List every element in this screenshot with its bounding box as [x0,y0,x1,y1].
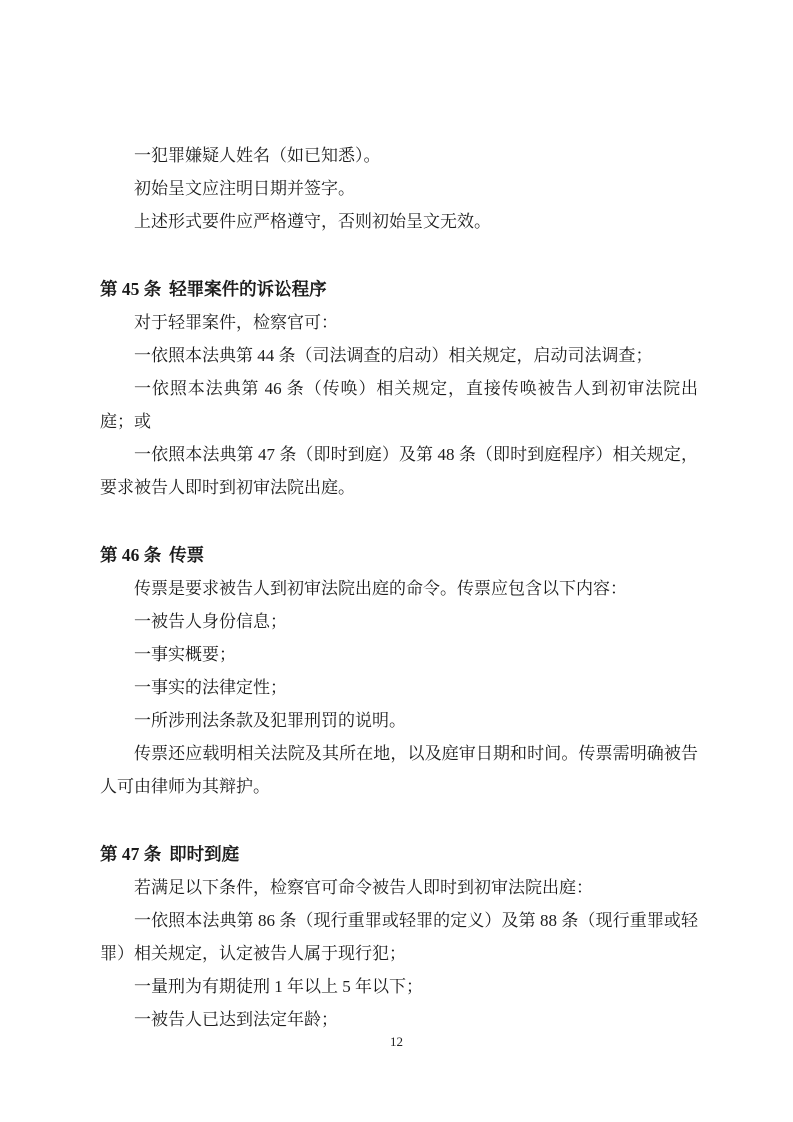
list-item-dash: 一量刑为有期徒刑 1 年以上 5 年以下； [100,970,698,1003]
section-title: 轻罪案件的诉讼程序 [169,279,327,299]
list-item-dash: 一依照本法典第 47 条（即时到庭）及第 48 条（即时到庭程序）相关规定，要求… [100,438,698,504]
document-content: 一犯罪嫌疑人姓名（如已知悉）。 初始呈文应注明日期并签字。 上述形式要件应严格遵… [100,139,698,1036]
list-item-dash: 一依照本法典第 44 条（司法调查的启动）相关规定，启动司法调查； [100,339,698,372]
page-number: 12 [0,1032,793,1052]
document-page: 一犯罪嫌疑人姓名（如已知悉）。 初始呈文应注明日期并签字。 上述形式要件应严格遵… [0,0,793,1122]
list-item-dash: 一事实概要； [100,638,698,671]
paragraph: 若满足以下条件，检察官可命令被告人即时到初审法院出庭： [100,871,698,904]
section-number: 第 46 条 [100,545,161,565]
paragraph: 传票还应载明相关法院及其所在地，以及庭审日期和时间。传票需明确被告人可由律师为其… [100,737,698,803]
list-item-dash: 一事实的法律定性； [100,671,698,704]
paragraph: 对于轻罪案件，检察官可： [100,306,698,339]
list-item-dash: 一所涉刑法条款及犯罪刑罚的说明。 [100,704,698,737]
section-heading-45: 第 45 条轻罪案件的诉讼程序 [100,273,698,306]
list-item-dash: 一依照本法典第 86 条（现行重罪或轻罪的定义）及第 88 条（现行重罪或轻罪）… [100,904,698,970]
section-heading-47: 第 47 条即时到庭 [100,838,698,871]
section-number: 第 45 条 [100,279,161,299]
section-heading-46: 第 46 条传票 [100,539,698,572]
paragraph: 一犯罪嫌疑人姓名（如已知悉）。 [100,139,698,172]
paragraph: 上述形式要件应严格遵守，否则初始呈文无效。 [100,205,698,238]
section-title: 传票 [169,545,204,565]
list-item-dash: 一依照本法典第 46 条（传唤）相关规定，直接传唤被告人到初审法院出庭；或 [100,372,698,438]
section-number: 第 47 条 [100,844,161,864]
section-title: 即时到庭 [169,844,239,864]
paragraph: 传票是要求被告人到初审法院出庭的命令。传票应包含以下内容： [100,572,698,605]
list-item-dash: 一被告人身份信息； [100,605,698,638]
paragraph: 初始呈文应注明日期并签字。 [100,172,698,205]
